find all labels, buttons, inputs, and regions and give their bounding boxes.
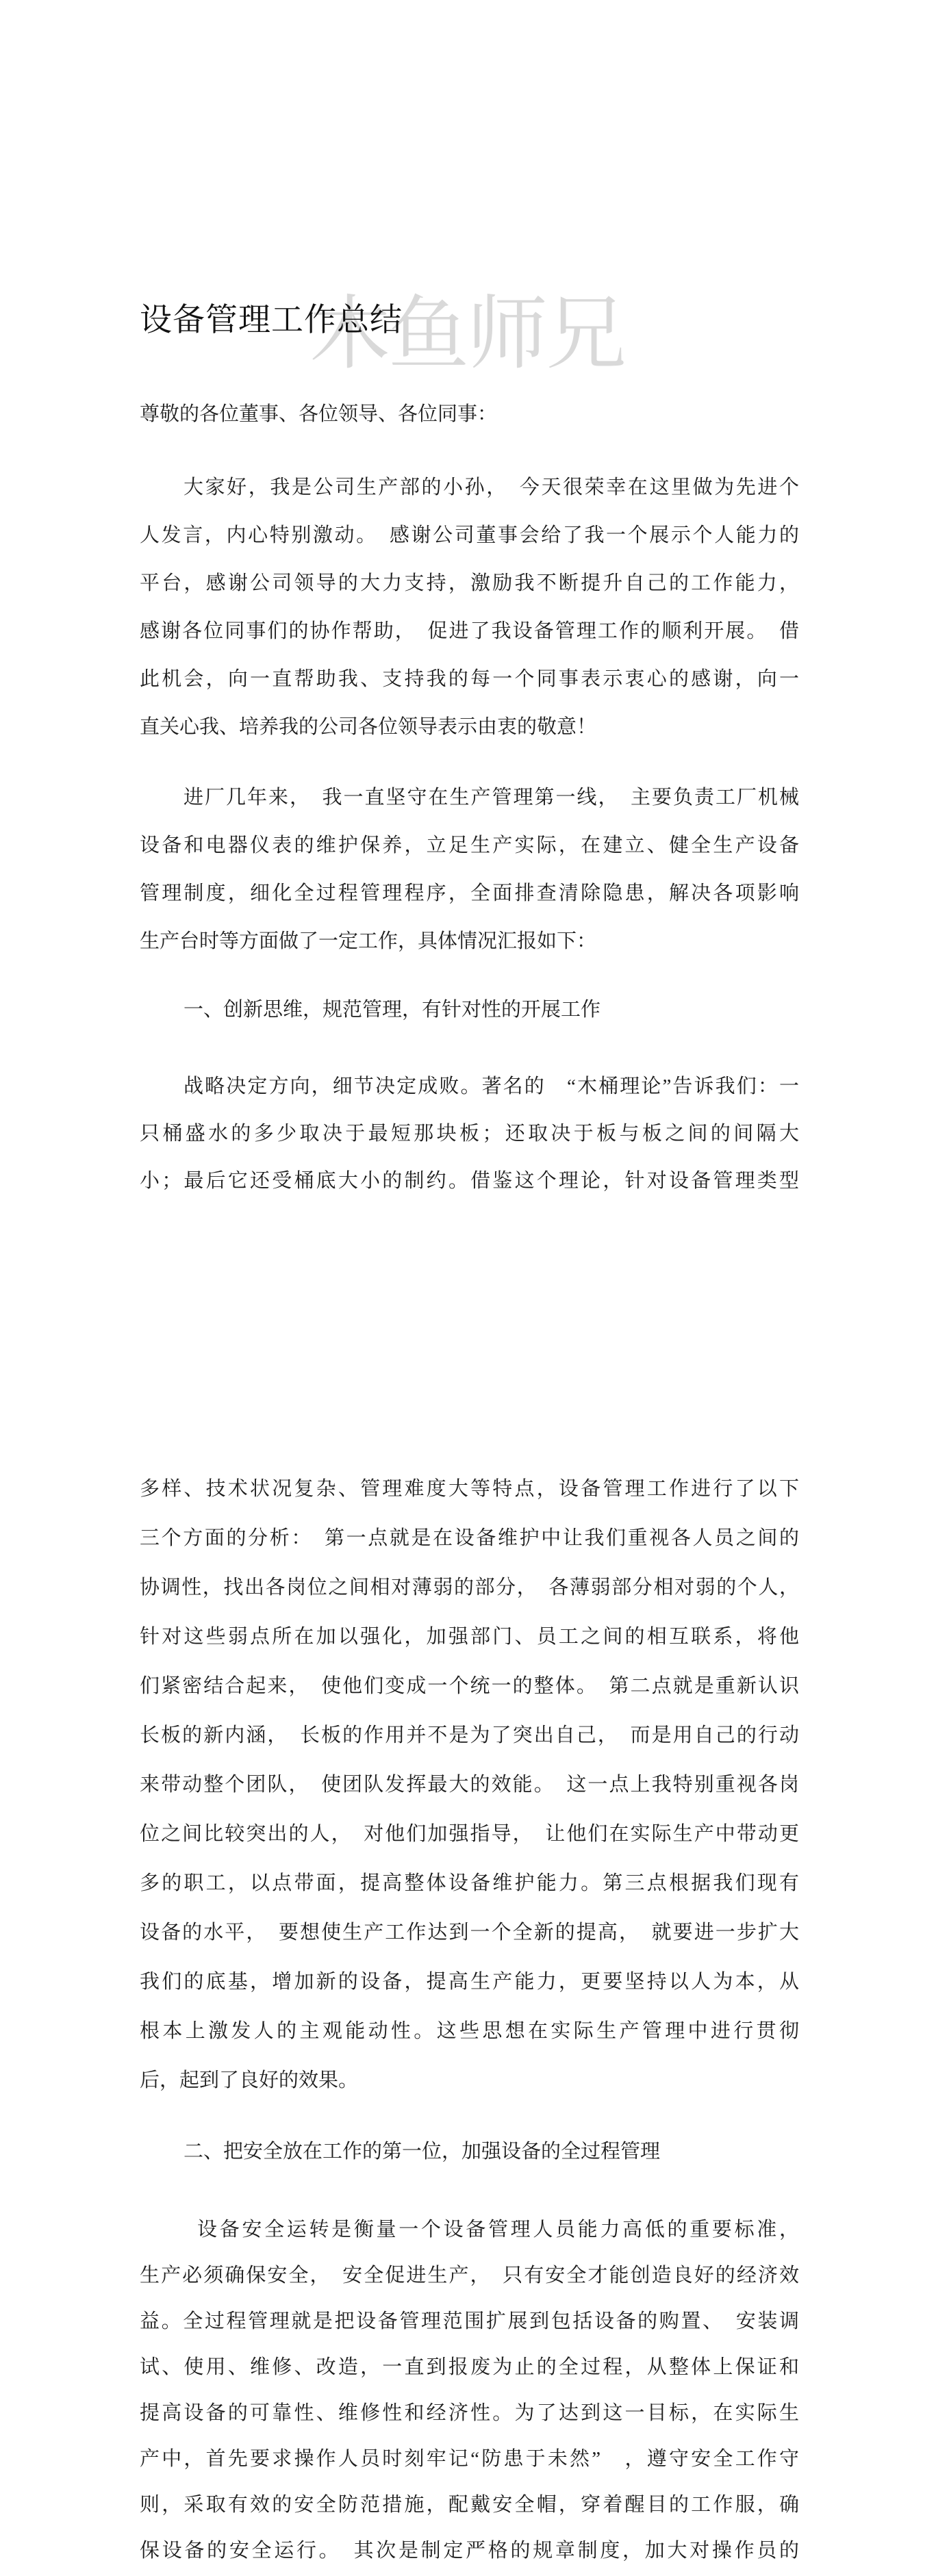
text-line: 设备安全运转是衡量一个设备管理人员能力高低的重要标准， bbox=[140, 2206, 799, 2254]
section-heading: 一、创新思维，规范管理，有针对性的开展工作 bbox=[140, 986, 799, 1034]
text-line: 此机会，向一直帮助我、支持我的每一个同事表示衷心的感谢，向一 bbox=[140, 655, 799, 703]
text-line: 试、使用、维修、改造，一直到报废为止的全过程，从整体上保证和 bbox=[140, 2343, 799, 2391]
text-line: 平台，感谢公司领导的大力支持，激励我不断提升自己的工作能力， bbox=[140, 559, 799, 607]
text-line: 我们的底基，增加新的设备，提高生产能力，更要坚持以人为本，从 bbox=[140, 1958, 799, 2006]
text-line: 则，采取有效的安全防范措施，配戴安全帽，穿着醒目的工作服，确 bbox=[140, 2481, 799, 2529]
text-line: 根本上激发人的主观能动性。这些思想在实际生产管理中进行贯彻 bbox=[140, 2007, 799, 2055]
text-line: 产中，首先要求操作人员时刻牢记“防患于未然” ，遵守安全工作守 bbox=[140, 2435, 799, 2483]
text-line: 们紧密结合起来， 使他们变成一个统一的整体。 第二点就是重新认识 bbox=[140, 1662, 799, 1710]
text-line: 直关心我、培养我的公司各位领导表示由衷的敬意！ bbox=[140, 703, 799, 751]
document-title: 设备管理工作总结 bbox=[140, 300, 403, 341]
text-line: 来带动整个团队， 使团队发挥最大的效能。 这一点上我特别重视各岗 bbox=[140, 1761, 799, 1809]
text-line: 后，起到了良好的效果。 bbox=[140, 2056, 799, 2104]
text-line: 管理制度，细化全过程管理程序，全面排查清除隐患，解决各项影响 bbox=[140, 869, 799, 917]
text-line: 感谢各位同事们的协作帮助， 促进了我设备管理工作的顺利开展。 借 bbox=[140, 607, 799, 655]
text-line: 人发言，内心特别激动。 感谢公司董事会给了我一个展示个人能力的 bbox=[140, 511, 799, 559]
text-line: 提高设备的可靠性、维修性和经济性。为了达到这一目标，在实际生 bbox=[140, 2389, 799, 2437]
text-line: 设备的水平， 要想使生产工作达到一个全新的提高， 就要进一步扩大 bbox=[140, 1909, 799, 1956]
text-line: 大家好，我是公司生产部的小孙， 今天很荣幸在这里做为先进个 bbox=[140, 463, 799, 511]
text-line: 生产台时等方面做了一定工作，具体情况汇报如下： bbox=[140, 917, 799, 965]
salutation-line: 尊敬的各位董事、各位领导、各位同事： bbox=[140, 390, 799, 438]
text-line: 战略决定方向，细节决定成败。著名的 “木桶理论”告诉我们：一 bbox=[140, 1062, 799, 1110]
text-line: 长板的新内涵， 长板的作用并不是为了突出自己， 而是用自己的行动 bbox=[140, 1711, 799, 1759]
text-line: 多的职工，以点带面，提高整体设备维护能力。第三点根据我们现有 bbox=[140, 1859, 799, 1907]
text-line: 三个方面的分析： 第一点就是在设备维护中让我们重视各人员之间的 bbox=[140, 1514, 799, 1562]
text-line: 协调性，找出各岗位之间相对薄弱的部分， 各薄弱部分相对弱的个人， bbox=[140, 1564, 799, 1611]
text-line: 生产必须确保安全， 安全促进生产， 只有安全才能创造良好的经济效 bbox=[140, 2252, 799, 2299]
text-line: 多样、技术状况复杂、管理难度大等特点，设备管理工作进行了以下 bbox=[140, 1465, 799, 1513]
text-line: 进厂几年来， 我一直坚守在生产管理第一线， 主要负责工厂机械 bbox=[140, 774, 799, 821]
text-line: 针对这些弱点所在加以强化，加强部门、员工之间的相互联系，将他 bbox=[140, 1613, 799, 1661]
section-heading: 二、把安全放在工作的第一位，加强设备的全过程管理 bbox=[140, 2128, 799, 2176]
text-line: 只桶盛水的多少取决于最短那块板；还取决于板与板之间的间隔大 bbox=[140, 1110, 799, 1158]
document-page: 木鱼师兄 设备管理工作总结 尊敬的各位董事、各位领导、各位同事：大家好，我是公司… bbox=[0, 0, 936, 2576]
text-line: 位之间比较突出的人， 对他们加强指导， 让他们在实际生产中带动更 bbox=[140, 1810, 799, 1858]
text-line: 保设备的安全运行。 其次是制定严格的规章制度，加大对操作员的 bbox=[140, 2527, 799, 2575]
text-line: 设备和电器仪表的维护保养，立足生产实际，在建立、健全生产设备 bbox=[140, 821, 799, 869]
text-line: 益。全过程管理就是把设备管理范围扩展到包括设备的购置、 安装调 bbox=[140, 2297, 799, 2345]
text-line: 小；最后它还受桶底大小的制约。借鉴这个理论，针对设备管理类型 bbox=[140, 1157, 799, 1205]
